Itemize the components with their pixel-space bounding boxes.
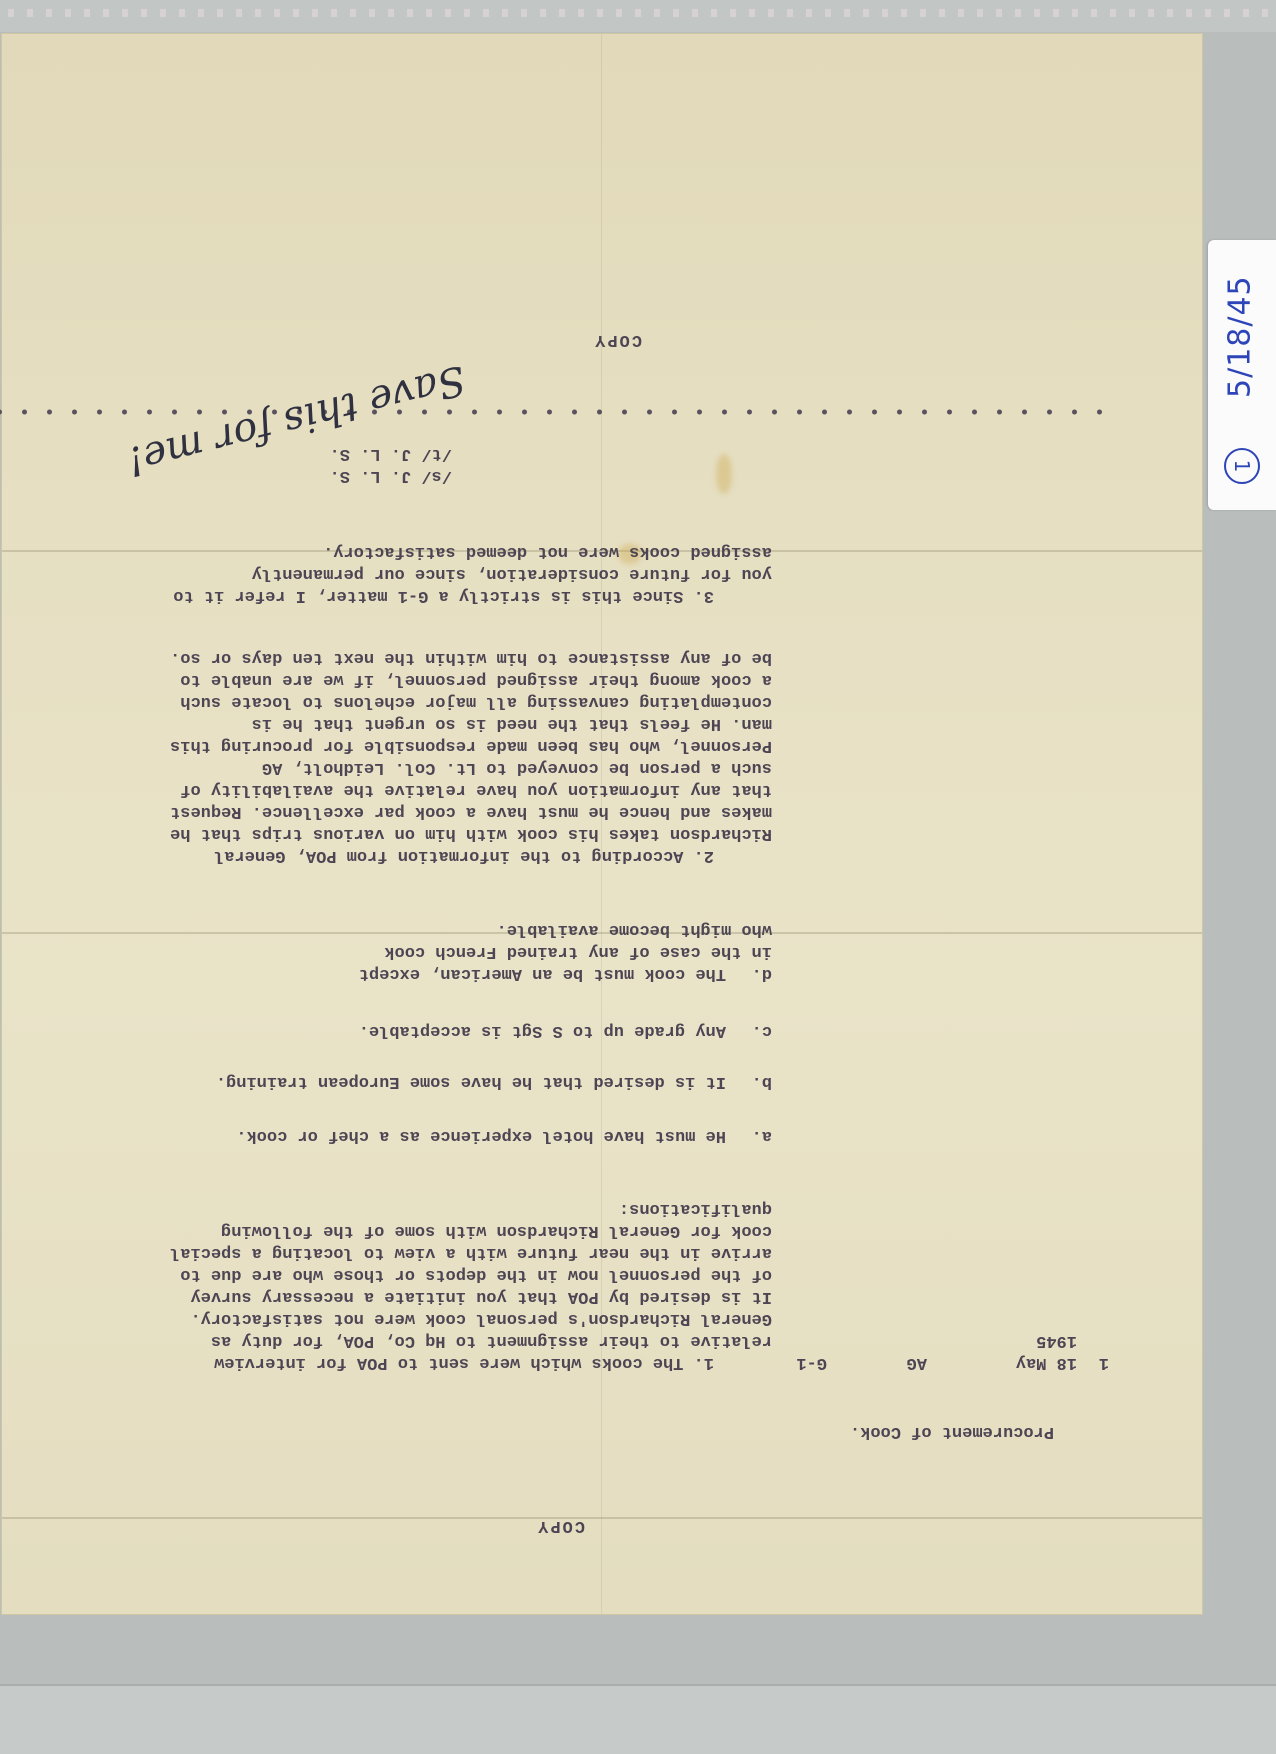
archive-date: 5/18/45: [1220, 272, 1260, 402]
sleeve-perforation: [0, 9, 1276, 17]
item-label: a.: [726, 1124, 772, 1146]
item-text: Any grade up to S Sgt is acceptable.: [359, 1021, 726, 1040]
stain: [716, 454, 732, 494]
paragraph-text: Since this is strictly a G-1 matter, I r…: [173, 542, 772, 605]
signature-block: /s/ J. L. S. /t/ J. L. S.: [330, 442, 452, 486]
dotted-separator: [0, 408, 1112, 416]
qualification-item: b.It is desired that he have some Europe…: [112, 1070, 772, 1092]
item-text: The cook must be an American, except in …: [359, 920, 772, 983]
paragraph-number: 1.: [694, 1353, 714, 1372]
reference-office: AG: [907, 1351, 927, 1373]
copy-footer: COPY: [593, 328, 642, 350]
paragraph-number: 3.: [694, 586, 714, 605]
reference-section: G-1: [796, 1351, 827, 1373]
item-text: It is desired that he have some European…: [216, 1072, 726, 1091]
paragraph-text: The cooks which were sent to POA for int…: [170, 1199, 772, 1372]
item-label: b.: [726, 1070, 772, 1092]
archive-tab: 5/18/45 1: [1208, 240, 1276, 510]
signature-line: /s/ J. L. S.: [330, 464, 452, 486]
reference-date: 18 May: [1007, 1351, 1077, 1373]
qualification-item: d.The cook must be an American, except i…: [352, 918, 772, 984]
sleeve-top-edge: [0, 0, 1276, 32]
sleeve-bottom-edge: [0, 1684, 1276, 1754]
signature-line: /t/ J. L. S.: [330, 442, 452, 464]
reference-year: 1945: [1036, 1329, 1077, 1351]
reference-block: 1 18 May 1945 AG G-1: [1016, 1219, 1077, 1373]
copy-header: COPY: [536, 1514, 585, 1536]
paragraph-1: 1. The cooks which were sent to POA for …: [162, 1197, 772, 1373]
item-label: c.: [726, 1019, 772, 1041]
reference-number: 1: [1099, 1351, 1109, 1373]
item-text: He must have hotel experience as a chef …: [236, 1126, 726, 1145]
fold-line: [2, 1517, 1202, 1519]
paragraph-number: 2.: [694, 846, 714, 865]
paragraph-3: 3. Since this is strictly a G-1 matter, …: [162, 540, 772, 606]
archive-item-number: 1: [1224, 448, 1260, 484]
qualification-item: a.He must have hotel experience as a che…: [112, 1124, 772, 1146]
subject-line: Procurement of Cook.: [850, 1420, 1054, 1442]
item-label: d.: [726, 962, 772, 984]
paragraph-2: 2. According to the information from POA…: [162, 646, 772, 866]
qualification-item: c.Any grade up to S Sgt is acceptable.: [112, 1019, 772, 1041]
document-page: COPY Procurement of Cook. 1 18 May 1945 …: [2, 34, 1202, 1614]
paragraph-text: According to the information from POA, G…: [170, 648, 772, 865]
